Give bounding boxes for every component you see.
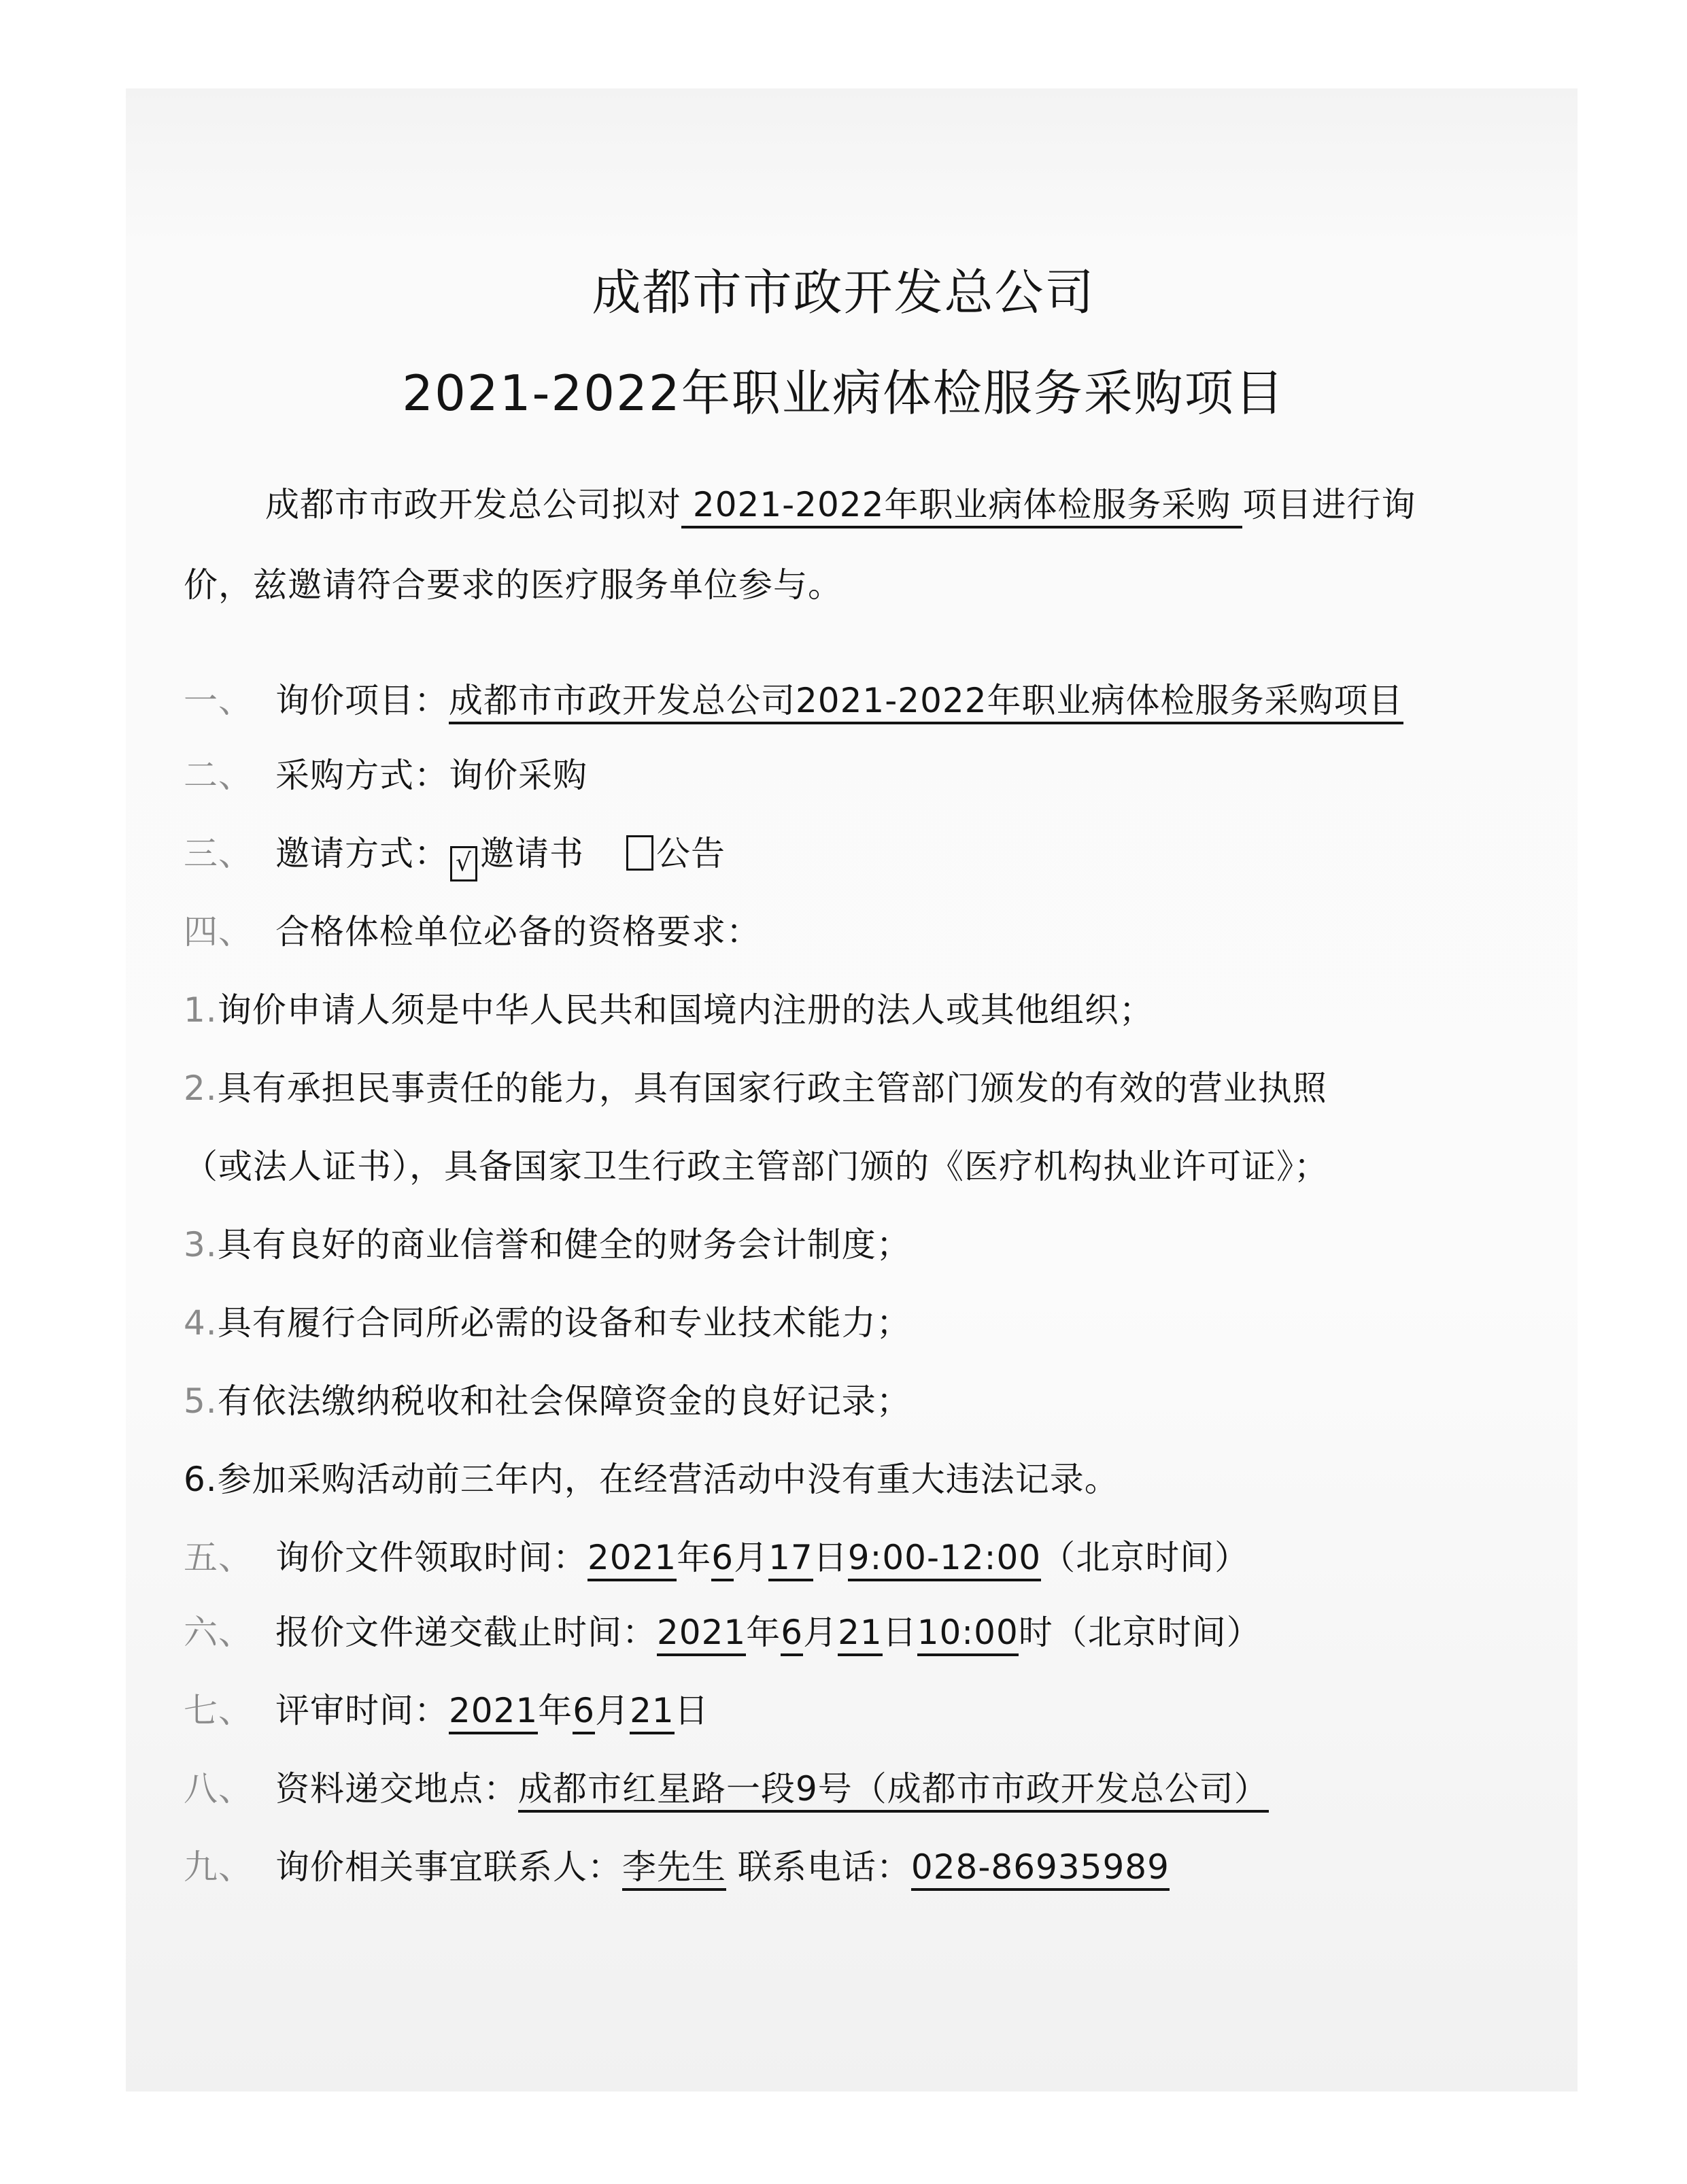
unit-month: 月 bbox=[595, 1691, 630, 1730]
phone-label: 联系电话： bbox=[726, 1847, 911, 1887]
section-number: 三、 bbox=[184, 833, 275, 874]
section-label: 采购方式： bbox=[275, 756, 449, 795]
checkbox-announcement bbox=[626, 835, 653, 871]
requirement-text: 具有履行合同所必需的设备和专业技术能力； bbox=[218, 1303, 911, 1343]
intro-line-1: 成都市市政开发总公司拟对 2021-2022年职业病体检服务采购 项目进行询 bbox=[265, 484, 1416, 525]
requirement-text: 参加采购活动前三年内，在经营活动中没有重大违法记录。 bbox=[218, 1460, 1119, 1499]
document-title-company: 成都市市政开发总公司 bbox=[0, 253, 1687, 324]
document-title-project: 2021-2022年职业病体检服务采购项目 bbox=[0, 354, 1687, 424]
section-label: 询价相关事宜联系人： bbox=[275, 1847, 622, 1887]
section-number: 九、 bbox=[184, 1847, 275, 1887]
unit-day: 日 bbox=[883, 1613, 917, 1652]
timezone-note: （北京时间） bbox=[1053, 1613, 1261, 1652]
deadline-month: 6 bbox=[781, 1613, 803, 1656]
requirement-text: 具有承担民事责任的能力，具有国家行政主管部门颁发的有效的营业执照 bbox=[218, 1069, 1327, 1108]
intro-tail: 项目进行询 bbox=[1242, 485, 1416, 524]
review-year: 2021 bbox=[449, 1691, 538, 1734]
requirement-item: 2.具有承担民事责任的能力，具有国家行政主管部门颁发的有效的营业执照 bbox=[184, 1068, 1327, 1109]
requirement-number: 2. bbox=[184, 1068, 218, 1109]
review-month: 6 bbox=[573, 1691, 595, 1734]
unit-month: 月 bbox=[803, 1613, 838, 1652]
section-number: 六、 bbox=[184, 1612, 275, 1653]
submission-address: 成都市红星路一段9号（成都市市政开发总公司） bbox=[518, 1769, 1269, 1813]
pickup-day: 17 bbox=[768, 1538, 813, 1581]
option-announcement: 公告 bbox=[656, 834, 726, 873]
section-label: 合格体检单位必备的资格要求： bbox=[275, 912, 761, 952]
requirement-item: 6.参加采购活动前三年内，在经营活动中没有重大违法记录。 bbox=[184, 1459, 1119, 1500]
intro-line-2: 价，兹邀请符合要求的医疗服务单位参与。 bbox=[184, 565, 842, 605]
section-value: 成都市市政开发总公司2021-2022年职业病体检服务采购项目 bbox=[449, 681, 1403, 724]
deadline-time: 10:00 bbox=[917, 1613, 1019, 1656]
requirement-text: 具有良好的商业信誉和健全的财务会计制度； bbox=[218, 1225, 911, 1264]
review-day: 21 bbox=[630, 1691, 675, 1734]
requirement-number: 5. bbox=[184, 1381, 218, 1422]
section-value: 询价采购 bbox=[449, 756, 587, 795]
deadline-year: 2021 bbox=[657, 1613, 746, 1656]
pickup-time: 9:00-12:00 bbox=[848, 1538, 1041, 1581]
section-qualifications: 四、合格体检单位必备的资格要求： bbox=[184, 911, 761, 952]
section-inquiry-project: 一、询价项目：成都市市政开发总公司2021-2022年职业病体检服务采购项目 bbox=[184, 680, 1403, 721]
option-invitation-letter: 邀请书 bbox=[480, 834, 584, 873]
pickup-month: 6 bbox=[711, 1538, 734, 1581]
requirement-item: 4.具有履行合同所必需的设备和专业技术能力； bbox=[184, 1303, 911, 1343]
section-number: 八、 bbox=[184, 1768, 275, 1809]
section-number: 七、 bbox=[184, 1690, 275, 1731]
requirement-number: 4. bbox=[184, 1303, 218, 1343]
requirement-item-continuation: （或法人证书），具备国家卫生行政主管部门颁的《医疗机构执业许可证》； bbox=[184, 1146, 1329, 1187]
section-quotation-deadline: 六、报价文件递交截止时间：2021年6月21日10:00时（北京时间） bbox=[184, 1612, 1261, 1653]
unit-month: 月 bbox=[734, 1538, 768, 1577]
section-label: 资料递交地点： bbox=[275, 1769, 518, 1809]
section-label: 邀请方式： bbox=[275, 834, 449, 873]
contact-person: 李先生 bbox=[622, 1847, 726, 1891]
timezone-note: （北京时间） bbox=[1041, 1538, 1249, 1577]
unit-hour: 时 bbox=[1019, 1613, 1053, 1652]
section-invitation-method: 三、邀请方式：√邀请书公告 bbox=[184, 833, 726, 881]
unit-year: 年 bbox=[538, 1691, 573, 1730]
section-label: 评审时间： bbox=[275, 1691, 449, 1730]
requirement-number: 6. bbox=[184, 1459, 218, 1500]
section-number: 一、 bbox=[184, 680, 275, 721]
section-number: 二、 bbox=[184, 755, 275, 796]
unit-day: 日 bbox=[813, 1538, 848, 1577]
section-number: 四、 bbox=[184, 911, 275, 952]
requirement-number: 1. bbox=[184, 990, 218, 1030]
requirement-text: 有依法缴纳税收和社会保障资金的良好记录； bbox=[218, 1381, 911, 1421]
requirement-item: 5.有依法缴纳税收和社会保障资金的良好记录； bbox=[184, 1381, 911, 1422]
unit-day: 日 bbox=[675, 1691, 709, 1730]
section-contact: 九、询价相关事宜联系人：李先生 联系电话：028-86935989 bbox=[184, 1847, 1170, 1887]
section-procurement-method: 二、采购方式：询价采购 bbox=[184, 755, 587, 796]
section-label: 询价项目： bbox=[275, 681, 449, 720]
section-review-time: 七、评审时间：2021年6月21日 bbox=[184, 1690, 709, 1731]
pickup-year: 2021 bbox=[587, 1538, 677, 1581]
section-label: 询价文件领取时间： bbox=[275, 1538, 587, 1577]
requirement-item: 1.询价申请人须是中华人民共和国境内注册的法人或其他组织； bbox=[184, 990, 1154, 1030]
section-label: 报价文件递交截止时间： bbox=[275, 1613, 657, 1652]
intro-project-name: 2021-2022年职业病体检服务采购 bbox=[681, 485, 1242, 528]
section-document-pickup-time: 五、询价文件领取时间：2021年6月17日9:00-12:00（北京时间） bbox=[184, 1537, 1249, 1578]
unit-year: 年 bbox=[746, 1613, 781, 1652]
requirement-item: 3.具有良好的商业信誉和健全的财务会计制度； bbox=[184, 1224, 911, 1265]
requirement-number: 3. bbox=[184, 1224, 218, 1265]
deadline-day: 21 bbox=[838, 1613, 883, 1656]
contact-phone: 028-86935989 bbox=[911, 1847, 1170, 1891]
section-submission-location: 八、资料递交地点：成都市红星路一段9号（成都市市政开发总公司） bbox=[184, 1768, 1269, 1809]
section-number: 五、 bbox=[184, 1537, 275, 1578]
unit-year: 年 bbox=[677, 1538, 711, 1577]
checkbox-invitation-letter: √ bbox=[450, 846, 477, 881]
requirement-text: 询价申请人须是中华人民共和国境内注册的法人或其他组织； bbox=[218, 990, 1154, 1030]
intro-lead: 成都市市政开发总公司拟对 bbox=[265, 485, 681, 524]
